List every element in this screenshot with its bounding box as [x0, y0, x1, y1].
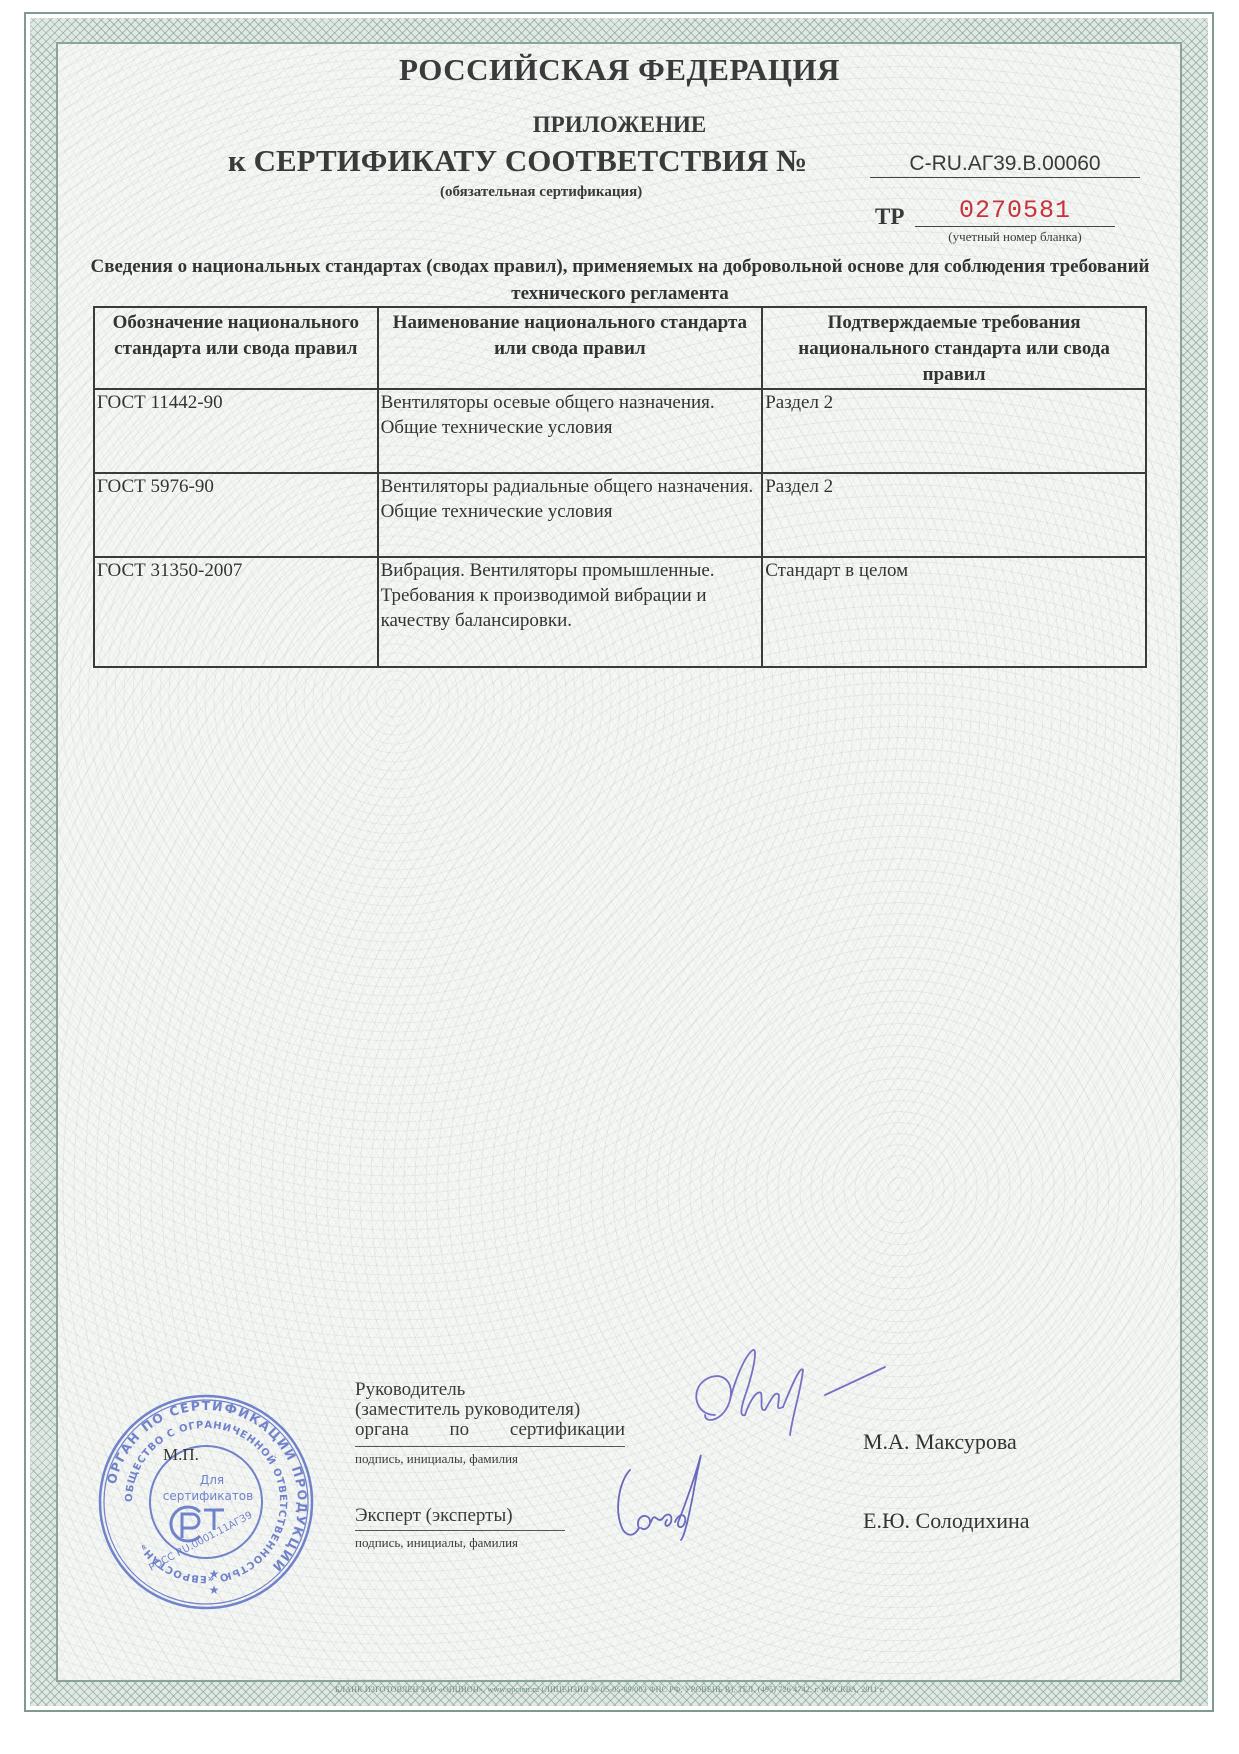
expert-name: Е.Ю. Солодихина: [863, 1508, 1030, 1534]
certification-type: (обязательная сертификация): [440, 184, 642, 201]
svg-text:★: ★: [209, 1567, 220, 1581]
stamp-center-line1: Для: [200, 1473, 224, 1487]
cell-requirements: Стандарт в целом: [762, 557, 1146, 667]
column-header-name: Наименование национального стандарта или…: [378, 307, 763, 389]
certificate-number: C-RU.АГ39.В.00060: [870, 151, 1140, 178]
certificate-title: к СЕРТИФИКАТУ СООТВЕТСТВИЯ №: [228, 143, 807, 179]
appendix-title: ПРИЛОЖЕНИЕ: [0, 112, 1239, 138]
cell-designation: ГОСТ 11442-90: [94, 389, 378, 473]
head-signature-caption: подпись, инициалы, фамилия: [355, 1451, 518, 1467]
country-title: РОССИЙСКАЯ ФЕДЕРАЦИЯ: [0, 52, 1239, 88]
stamp-center-line2: сертификатов: [163, 1489, 253, 1503]
cell-name: Вентиляторы радиальные общего назначения…: [378, 473, 763, 557]
column-header-requirements: Подтверждаемые требования национального …: [762, 307, 1146, 389]
cell-designation: ГОСТ 31350-2007: [94, 557, 378, 667]
stamp-registration: РОСС RU.0001.11АГ39: [147, 1510, 254, 1574]
cell-name: Вентиляторы осевые общего назначения. Об…: [378, 389, 763, 473]
form-number: 0270581: [915, 196, 1115, 227]
cell-designation: ГОСТ 5976-90: [94, 473, 378, 557]
cell-requirements: Раздел 2: [762, 473, 1146, 557]
printer-note: БЛАНК ИЗГОТОВЛЕН ЗАО «ОПЦИОН», www.opcio…: [335, 1685, 1215, 1694]
head-label-line3: органа по сертификации: [355, 1420, 625, 1440]
form-prefix: ТР: [875, 204, 904, 230]
form-number-caption: (учетный номер бланка): [915, 229, 1115, 245]
column-header-designation: Обозначение национального стандарта или …: [94, 307, 378, 389]
cell-name: Вибрация. Вентиляторы промышленные. Треб…: [378, 557, 763, 667]
table-row: ГОСТ 11442-90 Вентиляторы осевые общего …: [94, 389, 1146, 473]
head-name: М.А. Максурова: [863, 1429, 1017, 1455]
section-heading: Сведения о национальных стандартах (свод…: [90, 253, 1150, 307]
table-row: ГОСТ 31350-2007 Вибрация. Вентиляторы пр…: [94, 557, 1146, 667]
table-row: ГОСТ 5976-90 Вентиляторы радиальные обще…: [94, 473, 1146, 557]
svg-text:★: ★: [209, 1583, 220, 1597]
head-label-line2: (заместитель руководителя): [355, 1400, 625, 1420]
head-signature-label: Руководитель (заместитель руководителя) …: [355, 1380, 625, 1440]
certification-body-stamp: ОРГАН ПО СЕРТИФИКАЦИИ ПРОДУКЦИИ ОБЩЕСТВО…: [96, 1392, 316, 1612]
expert-signature-handwriting: [605, 1450, 725, 1550]
head-signature-line: [355, 1446, 625, 1447]
expert-signature-caption: подпись, инициалы, фамилия: [355, 1535, 518, 1551]
expert-signature-label: Эксперт (эксперты): [355, 1505, 513, 1527]
standards-table: Обозначение национального стандарта или …: [93, 306, 1147, 668]
seal-label: М.П.: [163, 1445, 199, 1465]
expert-signature-line: [355, 1530, 565, 1531]
head-label-line1: Руководитель: [355, 1380, 625, 1400]
table-header-row: Обозначение национального стандарта или …: [94, 307, 1146, 389]
cell-requirements: Раздел 2: [762, 389, 1146, 473]
